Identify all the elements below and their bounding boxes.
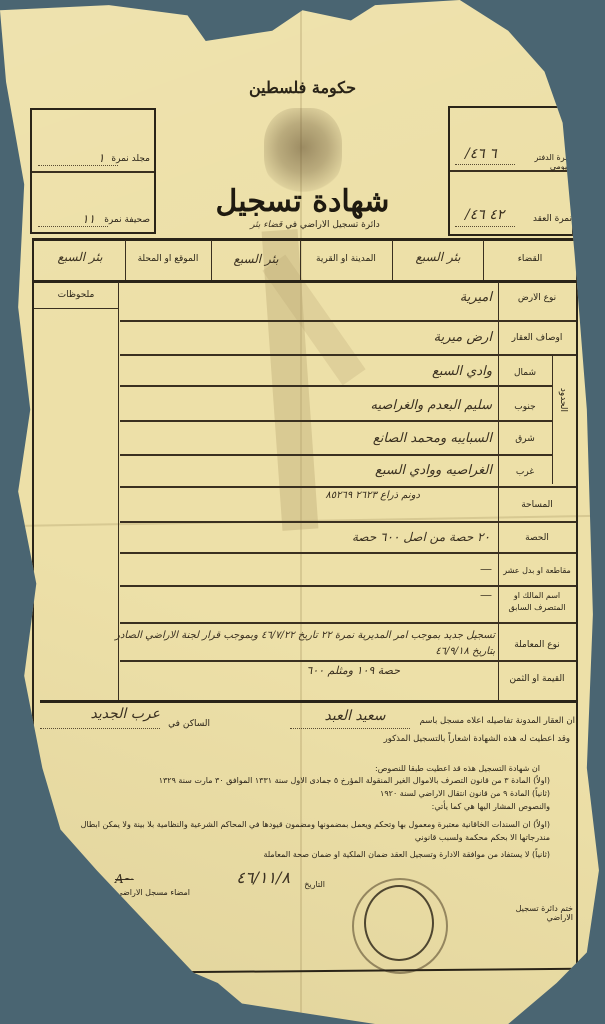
label-column-divider bbox=[498, 282, 499, 702]
daily-register-label: نمرة الدفتر اليومي bbox=[510, 153, 572, 171]
provision-1-text: ان السندات الخاقانية معتبرة ومعمول بها و… bbox=[81, 820, 550, 842]
area-value: دونم ذراع ٢٦٢٣ ٨٥٢٦٩ bbox=[300, 490, 420, 502]
south-label: جنوب bbox=[500, 402, 550, 412]
provision-1-label: (اولاً) bbox=[533, 820, 550, 829]
value-price-value: حصة ١٠٩ ومثلم ٦٠٠ bbox=[300, 664, 400, 678]
legal-item-2-label: (ثانياً) bbox=[532, 789, 550, 798]
value-price-label: القيمة او الثمن bbox=[500, 674, 574, 684]
legal-item-2: (ثانياً) المادة ٩ من قانون انتقال الاراض… bbox=[270, 789, 550, 798]
seal-label: ختم دائرة تسجيل الاراضي bbox=[495, 904, 573, 922]
seal-stamp-inner bbox=[364, 885, 434, 961]
divider bbox=[125, 240, 126, 280]
district-label: القضاء bbox=[485, 254, 575, 264]
tithe-value: — bbox=[122, 562, 492, 576]
dotted-line bbox=[455, 164, 515, 165]
row-divider bbox=[120, 622, 576, 624]
registrar-label: امضاء مسجل الاراضي bbox=[110, 888, 190, 897]
legal-item-2-text: المادة ٩ من قانون انتقال الاراضي لسنة ١٩… bbox=[380, 789, 529, 798]
page-value: ١١ bbox=[82, 212, 95, 226]
boundaries-group-divider bbox=[552, 354, 553, 484]
provision-2-text: لا يستفاد من موافقة الادارة وتسجيل العقد… bbox=[263, 850, 529, 859]
share-label: الحصة bbox=[500, 533, 574, 543]
previous-owner-value: — bbox=[122, 588, 492, 602]
provisions-intro: والنصوص المشار اليها هي كما يأتي: bbox=[350, 802, 550, 811]
frame-top bbox=[32, 238, 577, 241]
frame-bottom bbox=[60, 968, 578, 975]
legal-intro: ان شهادة التسجيل هذه قد اعطيت طبقا للنصو… bbox=[300, 764, 540, 773]
row-divider bbox=[120, 454, 552, 456]
declaration-prefix: ان العقار المدونة تفاصيله اعلاه مسجل باس… bbox=[410, 716, 575, 726]
date-label: التاريخ bbox=[295, 880, 325, 889]
property-description-label: اوصاف العقار bbox=[500, 333, 574, 343]
legal-item-1: (اولاً) المادة ٣ من قانون التصرف بالاموا… bbox=[100, 776, 550, 785]
frame-right bbox=[576, 238, 578, 978]
dotted-line bbox=[40, 728, 160, 729]
dotted-line bbox=[38, 165, 118, 166]
certificate-title: شهادة تسجيل bbox=[200, 184, 405, 219]
row-divider bbox=[120, 486, 576, 488]
row-divider bbox=[120, 420, 552, 422]
dotted-line bbox=[290, 728, 410, 729]
divider bbox=[483, 240, 484, 280]
divider bbox=[392, 240, 393, 280]
resident-label: الساكن في bbox=[160, 719, 210, 729]
legal-item-1-text: المادة ٣ من قانون التصرف بالاموال الغير … bbox=[159, 776, 531, 785]
owner-name: سعيد العبد bbox=[300, 708, 410, 724]
previous-owner-label: اسم المالك او المتصرف السابق bbox=[500, 590, 574, 614]
locality-label: الموقع او المحلة bbox=[127, 254, 209, 264]
property-description-value: ارض ميرية bbox=[122, 330, 492, 345]
row-divider bbox=[40, 700, 576, 703]
divider bbox=[34, 308, 118, 309]
town-label: المدينة او القرية bbox=[302, 254, 390, 264]
row-divider bbox=[120, 354, 576, 356]
row-divider bbox=[120, 585, 576, 587]
row-divider bbox=[120, 320, 576, 322]
date-value: ٤٦/١١/٨ bbox=[215, 868, 290, 887]
provision-2-label: (ثانياً) bbox=[532, 850, 550, 859]
volume-value: ١ bbox=[98, 151, 104, 165]
registrar-signature: A~ bbox=[115, 872, 134, 886]
boundaries-group-label: الحدود bbox=[558, 385, 568, 415]
district-value: بئر السبع bbox=[395, 250, 481, 264]
land-type-label: نوع الارض bbox=[500, 293, 574, 303]
divider bbox=[211, 240, 212, 280]
dotted-line bbox=[38, 226, 108, 227]
east-value: السبايبه ومحمد الصانع bbox=[122, 431, 492, 446]
north-value: وادي السبع bbox=[122, 364, 492, 379]
divider bbox=[32, 171, 154, 173]
divider bbox=[300, 240, 301, 280]
dotted-line bbox=[455, 226, 515, 227]
provision-2: (ثانياً) لا يستفاد من موافقة الادارة وتس… bbox=[200, 850, 550, 859]
south-value: سليم البعدم والغراصيه bbox=[122, 398, 492, 413]
transaction-type-value: تسجيل جديد بموجب امر المديرية نمرة ٢٢ تا… bbox=[100, 628, 495, 660]
page-label: صحيفة نمرة bbox=[95, 215, 150, 225]
royal-coat-of-arms-icon bbox=[264, 108, 342, 196]
residence-value: عرب الجديد bbox=[60, 706, 160, 722]
notes-header: ملحوظات bbox=[36, 290, 116, 300]
contract-value: ٤٢ ٤٦/ bbox=[465, 207, 504, 223]
row-divider bbox=[120, 521, 576, 523]
north-label: شمال bbox=[500, 368, 550, 378]
provision-1: (اولاً) ان السندات الخاقانية معتبرة ومعم… bbox=[60, 818, 550, 844]
tithe-label: مقاطعة او بدل عشر bbox=[500, 566, 574, 575]
legal-item-1-label: (اولاً) bbox=[533, 776, 550, 785]
row-divider bbox=[120, 552, 576, 554]
town-value: بئر السبع bbox=[213, 252, 299, 266]
contract-label: نمرة العقد bbox=[520, 214, 572, 224]
department-district: قضاء بئر bbox=[250, 220, 282, 230]
share-value: ٢٠ حصة من اصل ٦٠٠ حصة bbox=[250, 530, 490, 544]
row-divider bbox=[120, 385, 552, 387]
department-label: دائرة تسجيل الاراضي في bbox=[285, 220, 380, 230]
transaction-type-label: نوع المعاملة bbox=[500, 640, 574, 650]
row-divider bbox=[120, 660, 576, 662]
locality-value: بئر السبع bbox=[36, 250, 124, 264]
land-registration-certificate: حكومة فلسطين شهادة تسجيل دائرة تسجيل الا… bbox=[0, 0, 605, 1024]
daily-register-value: ٦ ٤٦/ bbox=[465, 146, 497, 162]
declaration-line2: وقد اعطيت له هذه الشهادة اشعاراً بالتسجي… bbox=[330, 734, 570, 744]
east-label: شرق bbox=[500, 434, 550, 444]
land-type-value: اميرية bbox=[122, 290, 492, 305]
government-title: حكومة فلسطين bbox=[230, 78, 375, 97]
department-line: دائرة تسجيل الاراضي في قضاء بئر bbox=[235, 220, 395, 230]
row-divider bbox=[32, 280, 577, 283]
west-value: الغراصيه ووادي السبع bbox=[122, 463, 492, 478]
west-label: غرب bbox=[500, 467, 550, 477]
frame-left bbox=[32, 238, 34, 878]
area-label: المساحة bbox=[500, 500, 574, 510]
